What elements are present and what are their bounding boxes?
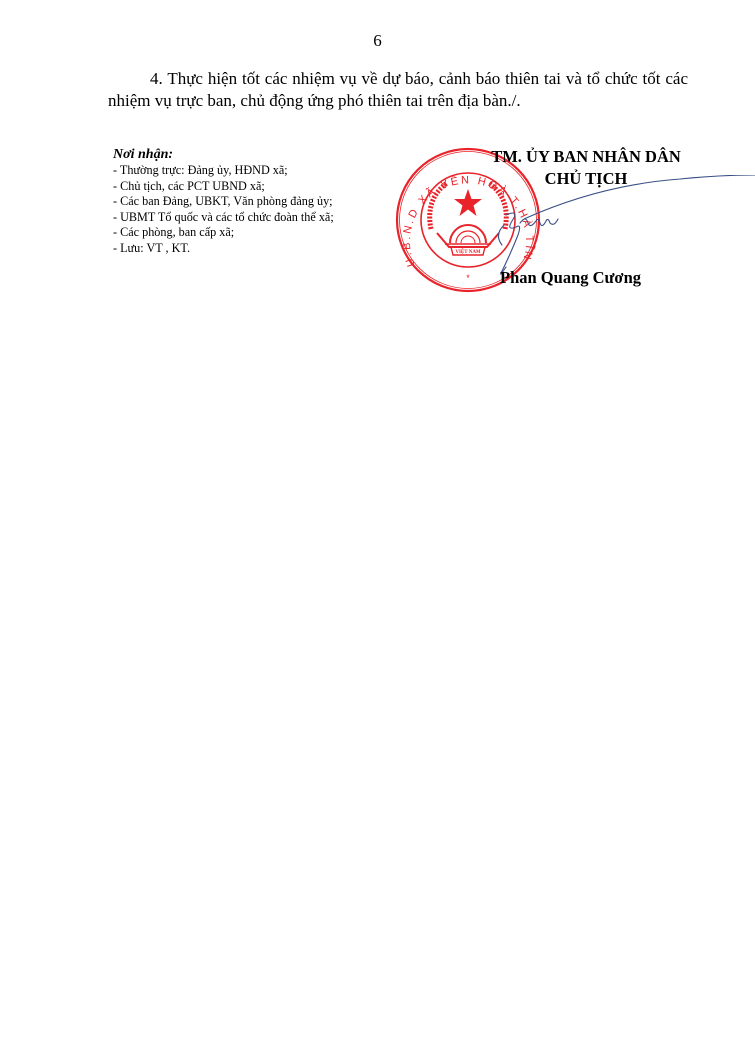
recipient-item: - UBMT Tổ quốc và các tổ chức đoàn thể x… <box>113 210 334 226</box>
seal-ribbon-text: VIỆT NAM <box>455 249 481 255</box>
page-number: 6 <box>0 31 755 51</box>
recipients-title: Nơi nhận: <box>113 147 334 163</box>
recipient-item: - Chủ tịch, các PCT UBND xã; <box>113 179 334 195</box>
recipients-block: Nơi nhận: - Thường trực: Đảng ủy, HĐND x… <box>113 147 334 256</box>
signer-name: Phan Quang Cương <box>500 268 641 288</box>
signature-title-line1: TM. ỦY BAN NHÂN DÂN <box>468 146 704 168</box>
recipient-item: - Thường trực: Đảng ủy, HĐND xã; <box>113 163 334 179</box>
paragraph-text: 4. Thực hiện tốt các nhiệm vụ về dự báo,… <box>108 69 688 110</box>
recipient-item: - Lưu: VT , KT. <box>113 241 334 257</box>
svg-text:*: * <box>466 273 470 283</box>
recipient-item: - Các phòng, ban cấp xã; <box>113 225 334 241</box>
recipient-item: - Các ban Đảng, UBKT, Văn phòng đảng ủy; <box>113 194 334 210</box>
body-paragraph: 4. Thực hiện tốt các nhiệm vụ về dự báo,… <box>108 68 688 112</box>
